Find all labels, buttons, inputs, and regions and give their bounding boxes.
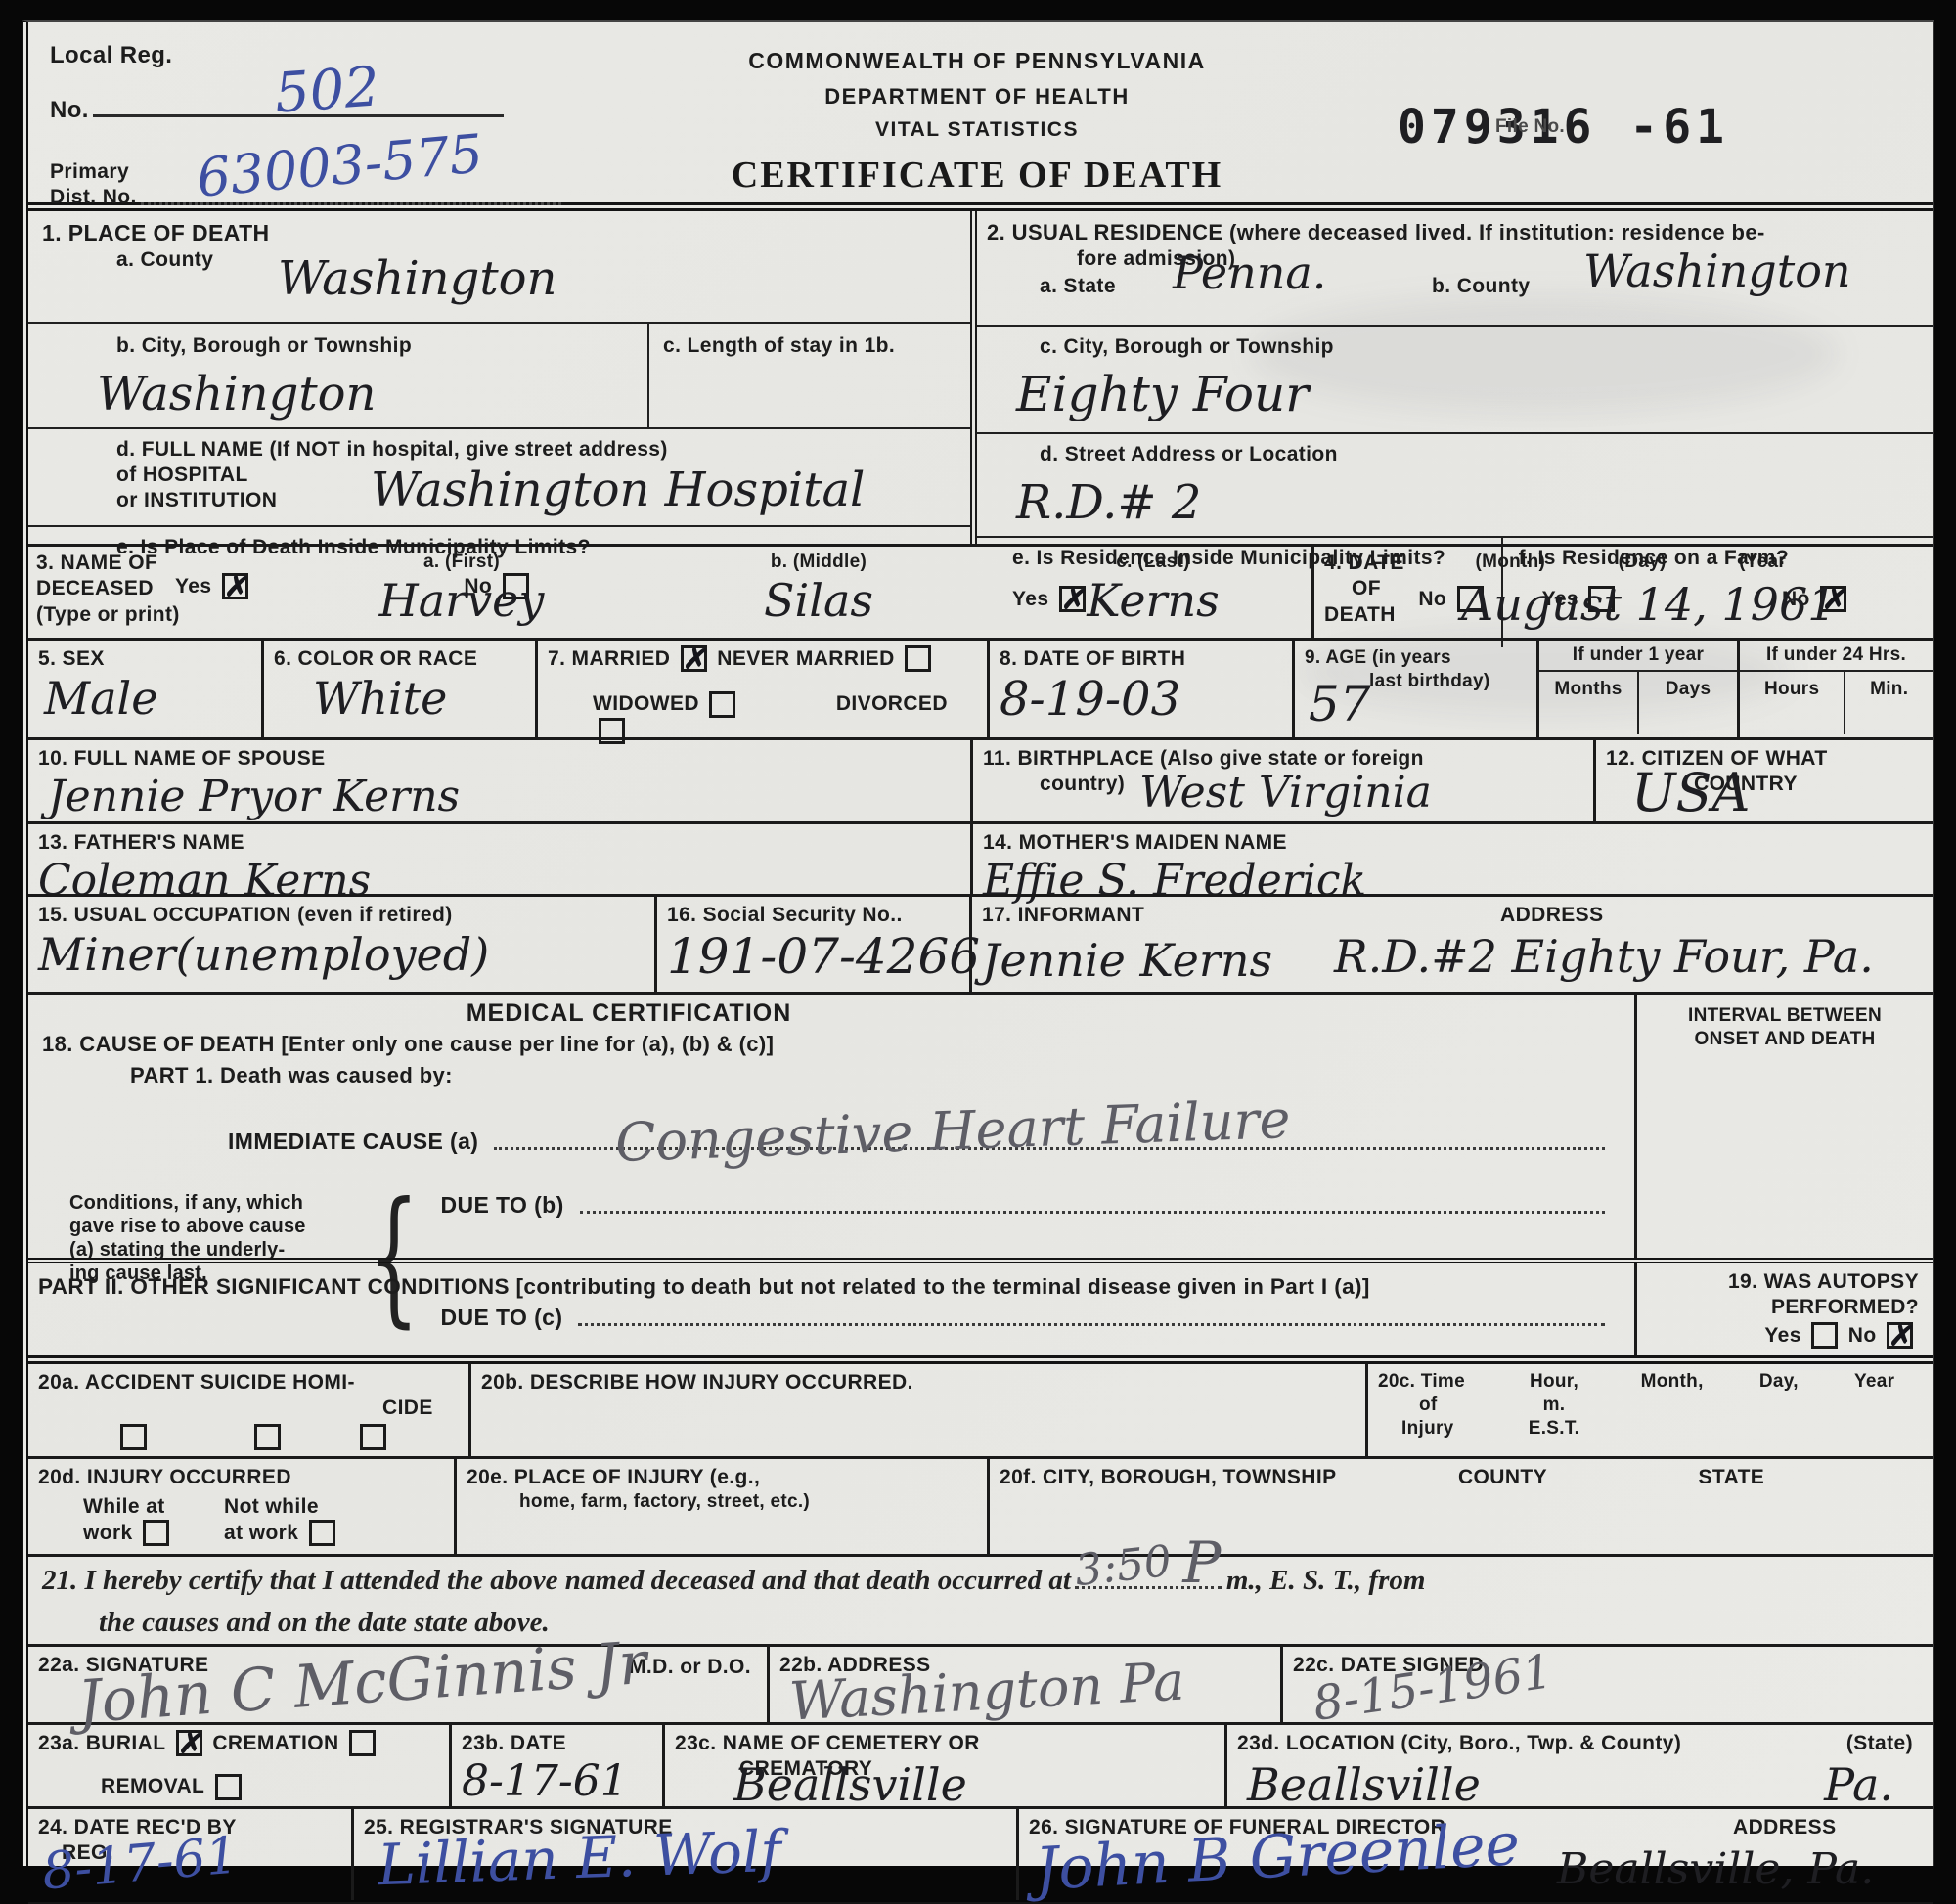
place-residence-row: 1. PLACE OF DEATH a. County Washington b… bbox=[28, 211, 1933, 544]
s2b-label: b. County bbox=[1432, 274, 1530, 299]
s1-title: 1. PLACE OF DEATH bbox=[42, 220, 270, 245]
s3-last-name: c. (Last) Kerns bbox=[995, 551, 1311, 638]
check-mark bbox=[352, 1732, 373, 1735]
s23d-state-label: (State) bbox=[1846, 1731, 1913, 1756]
check-mark: ✗ bbox=[177, 1732, 200, 1757]
s2-title-line1: 2. USUAL RESIDENCE (where deceased lived… bbox=[987, 220, 1765, 244]
s15-value: Miner(unemployed) bbox=[38, 928, 489, 981]
s3-first-label: a. (First) bbox=[423, 552, 500, 572]
section-21-certification: 21. I hereby certify that I attended the… bbox=[28, 1554, 1933, 1644]
s20a-label1: 20a. ACCIDENT SUICIDE HOMI- bbox=[38, 1371, 355, 1394]
sex-race-marital-birth-age-row: 5. SEX Male 6. COLOR OR RACE White 7. MA… bbox=[28, 638, 1933, 737]
part2-label: PART II. OTHER SIGNIFICANT CONDITIONS [c… bbox=[38, 1274, 1370, 1299]
s14-label: 14. MOTHER'S MAIDEN NAME bbox=[983, 831, 1287, 854]
s20c-est-label: E.S.T. bbox=[1495, 1417, 1613, 1440]
interval-label1: INTERVAL BETWEEN bbox=[1647, 1004, 1923, 1028]
vital-statistics-line: VITAL STATISTICS bbox=[635, 117, 1319, 143]
conditions-line2: gave rise to above cause bbox=[69, 1215, 347, 1238]
s7-married-label: 7. MARRIED bbox=[548, 647, 670, 670]
s4-value: August 14, 1961 bbox=[1461, 578, 1836, 631]
s2ab-state-county: a. State Penna. b. County Washington bbox=[977, 272, 1933, 327]
s21-text-post: m., E. S. T., from bbox=[1226, 1565, 1426, 1596]
dist-no-label: Dist. No. bbox=[50, 185, 137, 210]
section-16-ssn: 16. Social Security No.. 191-07-4266 bbox=[654, 897, 969, 992]
s3-first-value: Harvey bbox=[379, 574, 545, 627]
medical-certification-block: MEDICAL CERTIFICATION 18. CAUSE OF DEATH… bbox=[28, 992, 1933, 1258]
section-23c-cemetery: 23c. NAME OF CEMETERY OR CREMATORY Beall… bbox=[662, 1725, 1224, 1806]
s2a-value: Penna. bbox=[1173, 246, 1326, 299]
s23c-value: Beallsville bbox=[733, 1758, 967, 1811]
s2c-label: c. City, Borough or Township bbox=[1040, 335, 1334, 358]
local-reg-block: Local Reg. No. 502 Primary Dist. No. 630… bbox=[50, 41, 676, 210]
s3-label3: (Type or print) bbox=[36, 602, 281, 628]
s20c-day-label: Day, bbox=[1759, 1370, 1799, 1450]
s2c-value: Eighty Four bbox=[1016, 366, 1309, 422]
section-22b-address: 22b. ADDRESS Washington Pa bbox=[767, 1647, 1280, 1722]
file-no-block: File No. 079316 -61 bbox=[1398, 100, 1906, 155]
scanned-death-certificate: Local Reg. No. 502 Primary Dist. No. 630… bbox=[0, 0, 1956, 1904]
check-mark: ✗ bbox=[682, 647, 705, 673]
section-7-marital-status: 7. MARRIED ✗ NEVER MARRIED WIDOWED DIVOR… bbox=[535, 641, 987, 737]
s23a-cremation-label: CREMATION bbox=[212, 1732, 338, 1754]
check-mark bbox=[218, 1775, 239, 1778]
section-23a-burial-cremation: 23a. BURIAL ✗ CREMATION REMOVAL bbox=[28, 1725, 449, 1806]
s1b-city: b. City, Borough or Township Washington bbox=[28, 324, 647, 427]
s20f-state-label: STATE bbox=[1699, 1466, 1765, 1488]
s2d-value: R.D.# 2 bbox=[1016, 475, 1201, 530]
s4-label2: OF bbox=[1352, 576, 1451, 601]
s23d-label: 23d. LOCATION (City, Boro., Twp. & Count… bbox=[1237, 1732, 1681, 1754]
section-26-funeral-director: 26. SIGNATURE OF FUNERAL DIRECTOR ADDRES… bbox=[1016, 1809, 1933, 1900]
medical-certification-title: MEDICAL CERTIFICATION bbox=[218, 998, 1040, 1029]
section-14-mother: 14. MOTHER'S MAIDEN NAME Effie S. Freder… bbox=[970, 824, 1933, 894]
removal-checkbox bbox=[215, 1774, 242, 1800]
check-mark: ✗ bbox=[1889, 1323, 1912, 1349]
s21-time-value: 3:50 bbox=[1073, 1536, 1175, 1596]
section-10-spouse: 10. FULL NAME OF SPOUSE Jennie Pryor Ker… bbox=[28, 740, 970, 821]
s16-label: 16. Social Security No.. bbox=[667, 904, 903, 926]
immediate-cause-value: Congestive Heart Failure bbox=[614, 1088, 1291, 1173]
s1a-value: Washington bbox=[278, 251, 556, 306]
suicide-checkbox bbox=[254, 1424, 281, 1450]
s3-last-value: Kerns bbox=[1087, 574, 1220, 627]
section-5-sex: 5. SEX Male bbox=[28, 641, 261, 737]
registrar-row: 24. DATE REC'D BY REG. 8-17-61 25. REGIS… bbox=[28, 1806, 1933, 1900]
section-11-birthplace: 11. BIRTHPLACE (Also give state or forei… bbox=[970, 740, 1593, 821]
s18-label: 18. CAUSE OF DEATH [Enter only one cause… bbox=[42, 1031, 1634, 1058]
under-24-hrs-label: If under 24 Hrs. bbox=[1740, 641, 1933, 672]
spouse-birthplace-citizen-row: 10. FULL NAME OF SPOUSE Jennie Pryor Ker… bbox=[28, 737, 1933, 821]
s17-address-label: ADDRESS bbox=[1500, 903, 1603, 928]
s6-value: White bbox=[313, 672, 447, 725]
section-22a-signature: 22a. SIGNATURE M.D. or D.O. John C McGin… bbox=[28, 1647, 767, 1722]
not-while-at-work-checkbox bbox=[309, 1520, 335, 1546]
s1d-value: Washington Hospital bbox=[371, 463, 865, 517]
s2d-label: d. Street Address or Location bbox=[1040, 443, 1338, 465]
s3-label2: DECEASED bbox=[36, 576, 281, 601]
due-to-b-line bbox=[580, 1211, 1605, 1214]
s19-no-checkbox: ✗ bbox=[1887, 1322, 1913, 1349]
s20c-label2: of bbox=[1419, 1394, 1495, 1417]
s21-text-pre: 21. I hereby certify that I attended the… bbox=[42, 1565, 1071, 1596]
s23b-label: 23b. DATE bbox=[462, 1732, 566, 1754]
s11-label2: country) bbox=[1040, 773, 1125, 795]
check-mark bbox=[146, 1521, 166, 1524]
check-mark bbox=[258, 1425, 279, 1428]
s19-yes-label: Yes bbox=[1764, 1324, 1800, 1347]
s19-label2: PERFORMED? bbox=[1637, 1295, 1919, 1320]
check-mark bbox=[1814, 1323, 1835, 1326]
injury-bottom-row: 20d. INJURY OCCURRED While at work Not w… bbox=[28, 1456, 1933, 1554]
s1a-county: a. County Washington bbox=[28, 247, 970, 324]
s7-widowed-checkbox bbox=[709, 691, 735, 718]
section-20d-injury-occurred: 20d. INJURY OCCURRED While at work Not w… bbox=[28, 1459, 454, 1554]
s8-label: 8. DATE OF BIRTH bbox=[1000, 647, 1185, 670]
s6-label: 6. COLOR OR RACE bbox=[274, 647, 477, 670]
interval-column: INTERVAL BETWEEN ONSET AND DEATH bbox=[1634, 995, 1933, 1258]
s18-part1-label: PART 1. Death was caused by: bbox=[130, 1062, 1634, 1089]
section-20b-describe-injury: 20b. DESCRIBE HOW INJURY OCCURRED. bbox=[468, 1364, 1365, 1456]
s20e-label2: home, farm, factory, street, etc.) bbox=[519, 1491, 810, 1512]
primary-label: Primary bbox=[50, 159, 137, 185]
s4-day-label: (Day) bbox=[1619, 552, 1667, 572]
reg-no-value: 502 bbox=[273, 55, 381, 125]
s1c-label: c. Length of stay in 1b. bbox=[663, 334, 895, 357]
commonwealth-line: COMMONWEALTH OF PENNSYLVANIA bbox=[635, 47, 1319, 75]
s1b-label: b. City, Borough or Township bbox=[116, 334, 412, 357]
certificate-paper: Local Reg. No. 502 Primary Dist. No. 630… bbox=[22, 20, 1934, 1866]
part2-conditions: PART II. OTHER SIGNIFICANT CONDITIONS [c… bbox=[28, 1263, 1634, 1355]
s9-label1: 9. AGE (in years bbox=[1305, 647, 1451, 668]
check-mark bbox=[601, 719, 622, 722]
immediate-cause-label: IMMEDIATE CAUSE (a) bbox=[228, 1128, 478, 1156]
section-20a-accident-suicide-homicide: 20a. ACCIDENT SUICIDE HOMI- CIDE bbox=[28, 1364, 468, 1456]
injury-section-divider bbox=[28, 1355, 1933, 1364]
homicide-checkbox bbox=[360, 1424, 386, 1450]
check-mark bbox=[312, 1521, 333, 1524]
s20d-label: 20d. INJURY OCCURRED bbox=[38, 1466, 291, 1488]
conditions-line1: Conditions, if any, which bbox=[69, 1191, 347, 1215]
section-4-date-of-death: 4. DATE OF DEATH (Month) (Day) (Year Aug… bbox=[1311, 547, 1933, 638]
due-to-b-row: DUE TO (b) bbox=[440, 1191, 1605, 1219]
section-8-date-of-birth: 8. DATE OF BIRTH 8-19-03 bbox=[987, 641, 1292, 737]
s21-text-line2: the causes and on the date state above. bbox=[99, 1607, 550, 1638]
s20e-label1: 20e. PLACE OF INJURY (e.g., bbox=[467, 1466, 760, 1488]
s20f-city-label: 20f. CITY, BOROUGH, TOWNSHIP bbox=[1000, 1466, 1337, 1488]
father-mother-row: 13. FATHER'S NAME Coleman Kerns 14. MOTH… bbox=[28, 821, 1933, 894]
s20c-label1: 20c. Time bbox=[1378, 1370, 1495, 1394]
s20d-while-label1: While at bbox=[83, 1494, 224, 1520]
s3-label1: 3. NAME OF bbox=[36, 551, 281, 576]
while-at-work-checkbox bbox=[143, 1520, 169, 1546]
part2-autopsy-row: PART II. OTHER SIGNIFICANT CONDITIONS [c… bbox=[28, 1258, 1933, 1355]
s13-label: 13. FATHER'S NAME bbox=[38, 831, 244, 854]
s10-value: Jennie Pryor Kerns bbox=[48, 772, 460, 821]
s3-middle-value: Silas bbox=[764, 574, 873, 627]
s17-address-value: R.D.#2 Eighty Four, Pa. bbox=[1334, 930, 1874, 983]
s15-label: 15. USUAL OCCUPATION (even if retired) bbox=[38, 904, 453, 926]
s23d-value: Beallsville bbox=[1247, 1758, 1481, 1811]
check-mark bbox=[713, 692, 733, 695]
s4-label1: 4. DATE bbox=[1324, 551, 1451, 576]
s7-divorced-label: DIVORCED bbox=[836, 692, 948, 715]
s10-label: 10. FULL NAME OF SPOUSE bbox=[38, 747, 326, 770]
s1a-label: a. County bbox=[116, 248, 213, 271]
s19-yes-checkbox bbox=[1811, 1322, 1838, 1349]
s9-value: 57 bbox=[1309, 676, 1371, 732]
s7-never-label: NEVER MARRIED bbox=[717, 647, 894, 670]
check-mark bbox=[123, 1425, 144, 1428]
s23c-label1: 23c. NAME OF CEMETERY OR bbox=[675, 1732, 980, 1754]
s2d-street: d. Street Address or Location R.D.# 2 bbox=[977, 434, 1933, 538]
months-label: Months bbox=[1539, 672, 1637, 734]
section-1-place-of-death: 1. PLACE OF DEATH a. County Washington b… bbox=[28, 211, 970, 544]
due-to-b-label: DUE TO (b) bbox=[440, 1191, 563, 1219]
if-under-24-hrs: If under 24 Hrs. Hours Min. bbox=[1737, 641, 1933, 737]
section-23b-date: 23b. DATE 8-17-61 bbox=[449, 1725, 662, 1806]
section-24-date-received: 24. DATE REC'D BY REG. 8-17-61 bbox=[28, 1809, 351, 1900]
section-18-cause-of-death: MEDICAL CERTIFICATION 18. CAUSE OF DEATH… bbox=[28, 995, 1634, 1258]
burial-row: 23a. BURIAL ✗ CREMATION REMOVAL 23b. DAT… bbox=[28, 1722, 1933, 1806]
accident-checkbox bbox=[120, 1424, 147, 1450]
section-20e-place-of-injury: 20e. PLACE OF INJURY (e.g., home, farm, … bbox=[454, 1459, 987, 1554]
s4-month-label: (Month) bbox=[1475, 552, 1545, 572]
cremation-checkbox bbox=[349, 1730, 376, 1756]
s20c-year-label: Year bbox=[1854, 1370, 1894, 1450]
burial-checkbox: ✗ bbox=[176, 1730, 202, 1756]
s1c-length-of-stay: c. Length of stay in 1b. bbox=[647, 324, 970, 427]
s11-label1: 11. BIRTHPLACE (Also give state or forei… bbox=[983, 747, 1424, 770]
s20d-while-label2: work bbox=[83, 1522, 133, 1544]
s2a-label: a. State bbox=[1040, 274, 1116, 299]
s21-time-blank: 3:50 P bbox=[1075, 1586, 1222, 1589]
s20b-label: 20b. DESCRIBE HOW INJURY OCCURRED. bbox=[481, 1371, 913, 1394]
s5-label: 5. SEX bbox=[38, 647, 105, 670]
section-3-name-of-deceased: 3. NAME OF DECEASED (Type or print) a. (… bbox=[28, 547, 1311, 638]
certificate-title: CERTIFICATE OF DEATH bbox=[635, 154, 1319, 197]
section-12-citizen: 12. CITIZEN OF WHAT COUNTRY USA bbox=[1593, 740, 1933, 821]
s20a-label2: CIDE bbox=[382, 1396, 433, 1419]
s7-never-checkbox bbox=[905, 645, 931, 672]
section-6-color-or-race: 6. COLOR OR RACE White bbox=[261, 641, 535, 737]
registrar-signature: Lillian E. Wolf bbox=[377, 1818, 782, 1898]
occupation-ssn-informant-row: 15. USUAL OCCUPATION (even if retired) M… bbox=[28, 894, 1933, 992]
s19-no-label: No bbox=[1848, 1324, 1877, 1347]
s1d-label1: d. FULL NAME (If NOT in hospital, give s… bbox=[116, 438, 668, 461]
s7-married-checkbox: ✗ bbox=[681, 645, 707, 672]
s7-widowed-label: WIDOWED bbox=[593, 692, 699, 715]
s3-first-name: a. (First) Harvey bbox=[281, 551, 643, 638]
s23d-state-value: Pa. bbox=[1824, 1758, 1893, 1811]
injury-top-row: 20a. ACCIDENT SUICIDE HOMI- CIDE 20b. DE… bbox=[28, 1364, 1933, 1456]
name-date-row: 3. NAME OF DECEASED (Type or print) a. (… bbox=[28, 544, 1933, 638]
interval-label2: ONSET AND DEATH bbox=[1647, 1028, 1923, 1051]
section-25-registrar-signature: 25. REGISTRAR'S SIGNATURE Lillian E. Wol… bbox=[351, 1809, 1016, 1900]
s4-label3: DEATH bbox=[1324, 602, 1451, 628]
physician-signature: John C McGinnis Jr bbox=[75, 1629, 648, 1737]
s20c-hour-label: Hour, bbox=[1495, 1370, 1613, 1394]
s2b-value: Washington bbox=[1583, 244, 1851, 297]
s26-address-value: Beallsville, Pa. bbox=[1557, 1844, 1874, 1894]
s20c-month-label: Month, bbox=[1641, 1370, 1704, 1450]
s20d-notwhile-label1: Not while bbox=[224, 1494, 444, 1520]
s11-value: West Virginia bbox=[1139, 768, 1432, 818]
department-line: DEPARTMENT OF HEALTH bbox=[635, 83, 1319, 111]
s3-last-label: c. (Last) bbox=[1116, 552, 1190, 572]
section-13-father: 13. FATHER'S NAME Coleman Kerns bbox=[28, 824, 970, 894]
s26-address-label: ADDRESS bbox=[1733, 1815, 1836, 1840]
s20f-county-label: COUNTY bbox=[1458, 1466, 1547, 1488]
s1d-hospital: d. FULL NAME (If NOT in hospital, give s… bbox=[28, 429, 970, 527]
if-under-1-year: If under 1 year Months Days bbox=[1536, 641, 1737, 737]
hours-label: Hours bbox=[1740, 672, 1844, 734]
no-label: No. bbox=[50, 97, 89, 123]
s8-value: 8-19-03 bbox=[1000, 672, 1180, 727]
section-20c-time-of-injury: 20c. Time of Injury Hour, m. E.S.T. Mont… bbox=[1365, 1364, 1933, 1456]
under-1-year-label: If under 1 year bbox=[1539, 641, 1737, 672]
s2c-city: c. City, Borough or Township Eighty Four bbox=[977, 327, 1933, 434]
check-mark bbox=[363, 1425, 383, 1428]
s20c-label3: Injury bbox=[1401, 1417, 1495, 1440]
physician-signature-row: 22a. SIGNATURE M.D. or D.O. John C McGin… bbox=[28, 1644, 1933, 1722]
s3-middle-name: b. (Middle) Silas bbox=[643, 551, 995, 638]
min-label: Min. bbox=[1844, 672, 1933, 734]
section-23d-location: 23d. LOCATION (City, Boro., Twp. & Count… bbox=[1224, 1725, 1933, 1806]
s17-value: Jennie Kerns bbox=[982, 934, 1272, 987]
header-center: COMMONWEALTH OF PENNSYLVANIA DEPARTMENT … bbox=[635, 47, 1319, 197]
s1b-value: Washington bbox=[97, 367, 376, 421]
s17-label: 17. INFORMANT bbox=[982, 904, 1144, 926]
check-mark bbox=[908, 647, 928, 650]
s19-label1: 19. WAS AUTOPSY bbox=[1637, 1269, 1919, 1295]
s20d-notwhile-label2: at work bbox=[224, 1522, 298, 1544]
section-17-informant: 17. INFORMANT ADDRESS Jennie Kerns R.D.#… bbox=[969, 897, 1933, 992]
s3-middle-label: b. (Middle) bbox=[771, 552, 867, 572]
section-15-occupation: 15. USUAL OCCUPATION (even if retired) M… bbox=[28, 897, 654, 992]
s16-value: 191-07-4266 bbox=[667, 928, 980, 985]
s5-value: Male bbox=[44, 672, 157, 725]
section-9-age: 9. AGE (in years last birthday) 57 bbox=[1292, 641, 1536, 737]
s20c-m-label: m. bbox=[1495, 1394, 1613, 1417]
s12-value: USA bbox=[1631, 762, 1751, 823]
section-19-autopsy: 19. WAS AUTOPSY PERFORMED? Yes No ✗ bbox=[1634, 1263, 1933, 1355]
s21-ampm-value: P bbox=[1182, 1529, 1221, 1596]
s23b-value: 8-17-61 bbox=[462, 1756, 628, 1806]
s23a-removal-label: REMOVAL bbox=[101, 1775, 204, 1797]
days-label: Days bbox=[1637, 672, 1737, 734]
s9-label2: last birthday) bbox=[1369, 671, 1490, 691]
section-2-usual-residence: 2. USUAL RESIDENCE (where deceased lived… bbox=[970, 211, 1933, 544]
header: Local Reg. No. 502 Primary Dist. No. 630… bbox=[28, 22, 1933, 202]
section-22c-date-signed: 22c. DATE SIGNED 8-15-1961 bbox=[1280, 1647, 1933, 1722]
s4-year-label: (Year bbox=[1739, 552, 1786, 572]
file-no-label: File No. bbox=[1495, 115, 1565, 139]
